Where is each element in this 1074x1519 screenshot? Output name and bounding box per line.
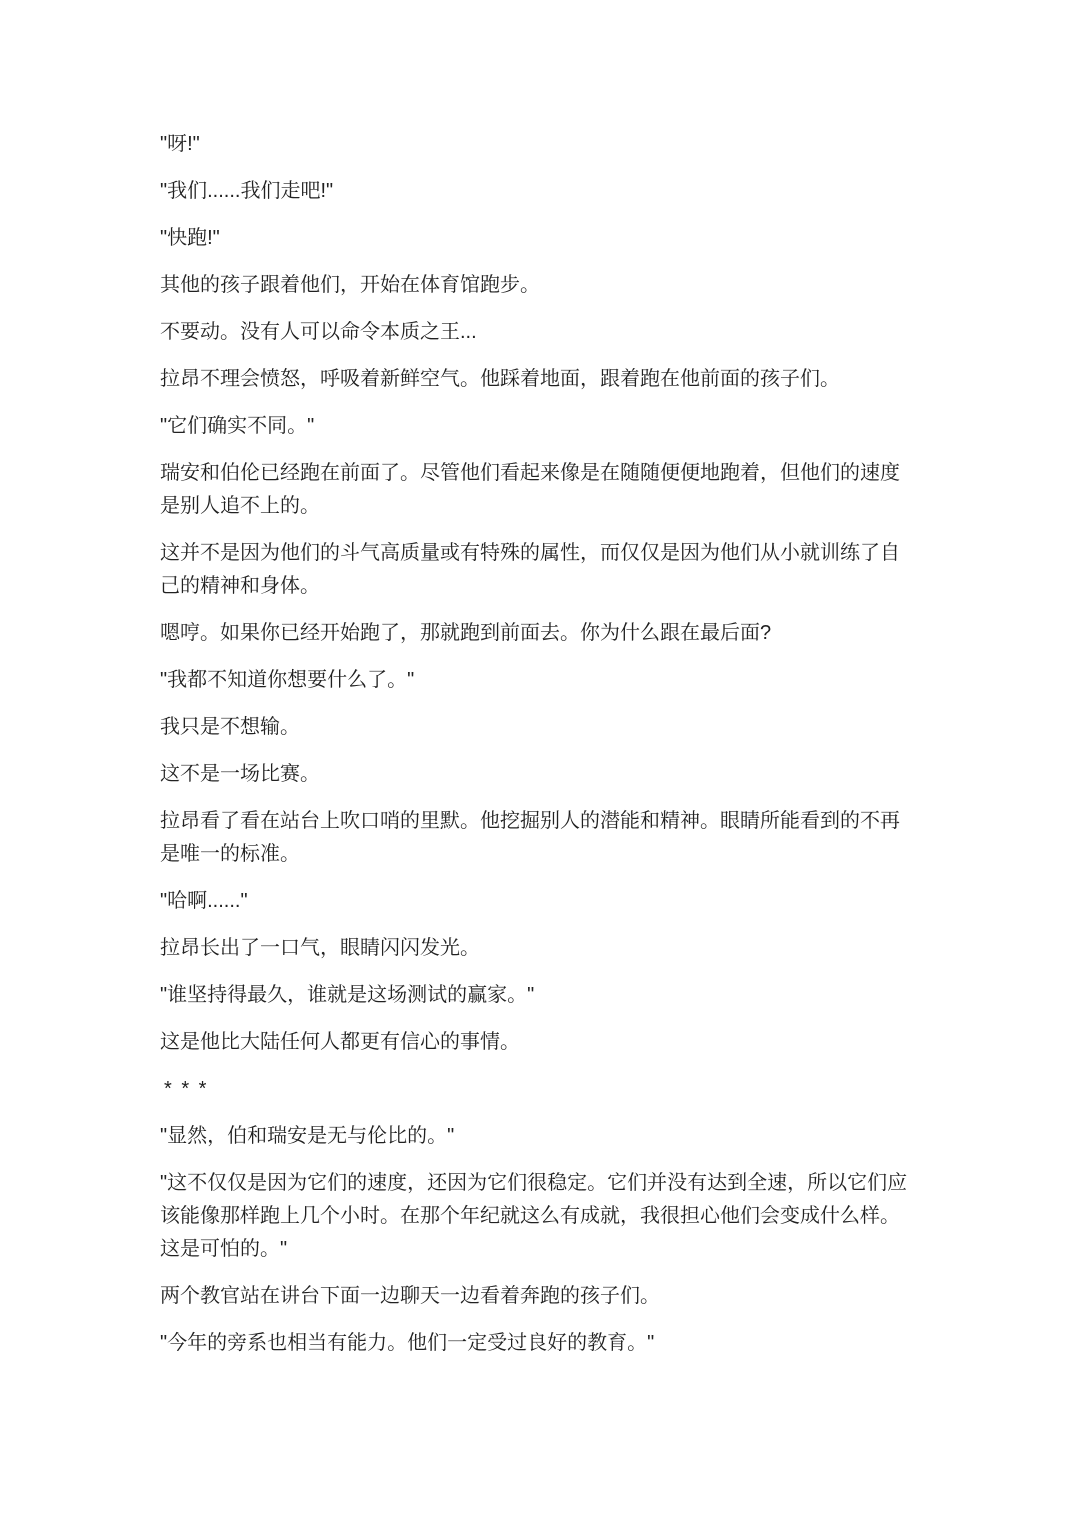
paragraph-narration: 拉昂长出了一口气，眼睛闪闪发光。 [160,932,916,965]
paragraph-narration: 两个教官站在讲台下面一边聊天一边看着奔跑的孩子们。 [160,1280,916,1313]
paragraph-dialogue: "谁坚持得最久，谁就是这场测试的赢家。" [160,979,916,1012]
paragraph-narration: 拉昂不理会愤怒，呼吸着新鲜空气。他踩着地面，跟着跑在他前面的孩子们。 [160,363,916,396]
section-separator: * * * [160,1073,916,1106]
paragraph-narration: 这并不是因为他们的斗气高质量或有特殊的属性，而仅仅是因为他们从小就训练了自己的精… [160,537,916,603]
paragraph-dialogue: "我们......我们走吧!" [160,175,916,208]
paragraph-narration: 其他的孩子跟着他们，开始在体育馆跑步。 [160,269,916,302]
paragraph-dialogue: "这不仅仅是因为它们的速度，还因为它们很稳定。它们并没有达到全速，所以它们应该能… [160,1167,916,1266]
paragraph-narration: 这是他比大陆任何人都更有信心的事情。 [160,1026,916,1059]
document-page: "呀!" "我们......我们走吧!" "快跑!" 其他的孩子跟着他们，开始在… [0,0,1074,1519]
paragraph-dialogue: "它们确实不同。" [160,410,916,443]
paragraph-dialogue: "我都不知道你想要什么了。" [160,664,916,697]
paragraph-narration: 嗯哼。如果你已经开始跑了，那就跑到前面去。你为什么跟在最后面? [160,617,916,650]
paragraph-dialogue: "快跑!" [160,222,916,255]
paragraph-dialogue: "今年的旁系也相当有能力。他们一定受过良好的教育。" [160,1327,916,1360]
paragraph-narration: 拉昂看了看在站台上吹口哨的里默。他挖掘别人的潜能和精神。眼睛所能看到的不再是唯一… [160,805,916,871]
paragraph-narration: 瑞安和伯伦已经跑在前面了。尽管他们看起来像是在随随便便地跑着，但他们的速度是别人… [160,457,916,523]
document-text-body: "呀!" "我们......我们走吧!" "快跑!" 其他的孩子跟着他们，开始在… [160,128,916,1374]
paragraph-narration: 这不是一场比赛。 [160,758,916,791]
paragraph-narration: 我只是不想输。 [160,711,916,744]
paragraph-dialogue: "显然，伯和瑞安是无与伦比的。" [160,1120,916,1153]
paragraph-dialogue: "呀!" [160,128,916,161]
paragraph-dialogue: "哈啊......" [160,885,916,918]
paragraph-narration: 不要动。没有人可以命令本质之王... [160,316,916,349]
